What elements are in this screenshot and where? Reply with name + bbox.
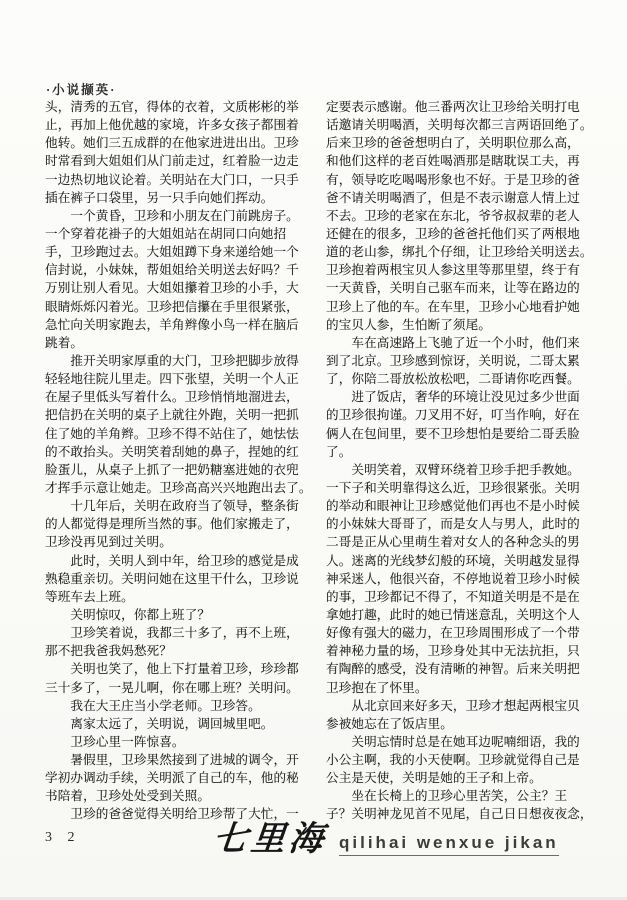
text-line: 暑假里，卫珍果然接到了进城的调令，开 [45,751,312,769]
text-line: 书陪着，卫珍处处受到关照。 [45,787,312,805]
text-line: 卫珍没再见到过关明。 [45,533,312,551]
text-line: 的不敢抬头。关明笑着刮她的鼻子，捏她的红 [45,443,312,461]
text-line: 好像有强大的磁力，在卫珍周围形成了一个带 [326,624,593,642]
text-line: 子？关明神龙见首不见尾，自己日日想夜夜念， [326,805,593,823]
text-line: 还健在的很多，卫珍的爸爸托他们买了两根地 [326,225,593,243]
text-line: 此时，关明人到中年，给卫珍的感觉是成 [45,552,312,570]
text-line: 了。 [326,443,593,461]
journal-logo-romanization: qilihai wenxue jikan [339,834,559,856]
text-line: 的小妹妹大哥哥了，而是女人与男人，此时的 [326,515,593,533]
text-line: 的卫珍很拘谨。刀叉用不好，叮当作响，好在 [326,406,593,424]
text-line: 有，领导吃吃喝喝形象也不好。于是卫珍的爸 [326,171,593,189]
text-line: 插在裤子口袋里，另一只手向她们挥动。 [45,189,312,207]
section-header: ·小说撷英· [46,80,116,98]
text-line: 话邀请关明喝酒，关明每次都三言两语回绝了。 [326,116,593,134]
magazine-page: ·小说撷英· 头，清秀的五官，得体的衣着，文质彬彬的举止，再加上他优越的家境，许… [0,0,627,900]
text-line: 跳着。 [45,334,312,352]
text-line: 了，你陪二哥放松放松吧，二哥请你吃西餐。 [326,370,593,388]
text-line: 推开关明家厚重的大门，卫珍把脚步放得 [45,352,312,370]
text-line: 小公主啊，我的小天使啊。卫珍就觉得自己是 [326,751,593,769]
text-line: 三十多了，一晃儿啊，你在哪上班？关明问。 [45,679,312,697]
text-line: 道的老山参，绑扎个仔细，让卫珍给关明送去。 [326,243,593,261]
text-line: 不去。卫珍的老家在东北，爷爷叔叔辈的老人 [326,207,593,225]
text-line: 在屋子里低头写着什么。卫珍悄悄地溜进去， [45,388,312,406]
text-line: 手，卫珍跑过去。大姐姐蹲下身来递给她一个 [45,243,312,261]
text-line: 的举动和眼神让卫珍感觉他们再也不是小时候 [326,497,593,515]
text-line: 人。迷离的光线梦幻般的环境，关明越发显得 [326,552,593,570]
text-line: 从北京回来好多天，卫珍才想起两根宝贝 [326,697,593,715]
text-line: 卫珍抱在了怀里。 [326,679,593,697]
text-line: 一边热切地议论着。关明站在大门口，一只手 [45,171,312,189]
page-number: 3 2 [45,830,81,846]
text-line: 公主是天使，关明是她的王子和上帝。 [326,769,593,787]
text-line: 卫珍上了他的车。在车里，卫珍小心地看护她 [326,298,593,316]
text-line: 关明也笑了，他上下打量着卫珍，珍珍都 [45,660,312,678]
text-line: 轻轻地往院儿里走。四下张望，关明一个人正 [45,370,312,388]
text-columns: 头，清秀的五官，得体的衣着，文质彬彬的举止，再加上他优越的家境，许多女孩子都围着… [45,98,593,824]
text-line: 离家太远了，关明说，调回城里吧。 [45,715,312,733]
text-line: 住了她的羊角辫。卫珍不得不站住了，她怯怯 [45,425,312,443]
text-line: 那不把我爸我妈愁死？ [45,642,312,660]
text-line: 急忙向关明家跑去，羊角辫像小鸟一样在脑后 [45,316,312,334]
text-line: 把信扔在关明的桌子上就往外跑，关明一把抓 [45,406,312,424]
right-text-column: 定要表示感谢。他三番两次让卫珍给关明打电话邀请关明喝酒，关明每次都三言两语回绝了… [326,98,593,824]
text-line: 熟稳重亲切。关明问她在这里干什么，卫珍说 [45,570,312,588]
left-text-column: 头，清秀的五官，得体的衣着，文质彬彬的举止，再加上他优越的家境，许多女孩子都围着… [45,98,312,824]
text-line: 有陶醉的感受，没有清晰的神智。后来关明把 [326,660,593,678]
text-line: 一天黄昏，关明自己驱车而来，让等在路边的 [326,279,593,297]
text-line: 一个黄昏，卫珍和小朋友在门前跳房子。 [45,207,312,225]
text-line: 神采迷人，他很兴奋，不停地说着卫珍小时候 [326,570,593,588]
text-line: 卫珍笑着说，我都三十多了，再不上班， [45,624,312,642]
text-line: 拿她打趣，此时的她已情迷意乱，关明这个人 [326,606,593,624]
text-line: 参被她忘在了饭店里。 [326,715,593,733]
text-line: 爸不请关明喝酒了，但是不表示谢意人情上过 [326,189,593,207]
text-line: 头，清秀的五官，得体的衣着，文质彬彬的举 [45,98,312,116]
text-line: 定要表示感谢。他三番两次让卫珍给关明打电 [326,98,593,116]
text-line: 一个穿着花褂子的大姐姐站在胡同口向她招 [45,225,312,243]
text-line: 关明笑着，双臂环绕着卫珍手把手教她。 [326,461,593,479]
text-line: 我在大王庄当小学老师。卫珍答。 [45,697,312,715]
text-line: 着神秘力量的场，卫珍身处其中无法抗拒，只 [326,642,593,660]
text-line: 到了北京。卫珍感到惊讶，关明说，二哥太累 [326,352,593,370]
text-line: 的人都觉得是理所当然的事。他们家搬走了， [45,515,312,533]
text-line: 学初办调动手续，关明派了自己的车，他的秘 [45,769,312,787]
text-line: 进了饭店，奢华的环境让没见过多少世面 [326,388,593,406]
text-line: 他转。她们三五成群的在他家进进出出。卫珍 [45,134,312,152]
text-line: 车在高速路上飞驰了近一个小时，他们来 [326,334,593,352]
text-line: 和他们这样的老百姓喝酒那是瞎耽误工夫，再 [326,152,593,170]
text-line: 脸蛋儿，从桌子上抓了一把奶糖塞进她的衣兜 [45,461,312,479]
text-line: 止，再加上他优越的家境，许多女孩子都围着 [45,116,312,134]
text-line: 坐在长椅上的卫珍心里苦笑，公主？王 [326,787,593,805]
page-footer: 3 2 七里海 qilihai wenxue jikan [0,822,627,868]
text-line: 眼睛烁烁闪着光。卫珍把信攥在手里很紧张， [45,298,312,316]
journal-logo: 七里海 qilihai wenxue jikan [213,822,559,856]
journal-logo-calligraphy: 七里海 [211,822,329,856]
text-line: 万别让别人看见。大姐姐攥着卫珍的小手，大 [45,279,312,297]
text-line: 的宝贝人参，生怕断了须尾。 [326,316,593,334]
text-line: 等班车去上班。 [45,588,312,606]
text-line: 才挥手示意让她走。卫珍高高兴兴地跑出去了。 [45,479,312,497]
text-line: 十几年后，关明在政府当了领导，整条街 [45,497,312,515]
text-line: 后来卫珍的爸爸想明白了，关明职位那么高， [326,134,593,152]
text-line: 时常看到大姐姐们从门前走过，红着脸一边走 [45,152,312,170]
text-line: 俩人在包间里，要不卫珍想怕是要给二哥丢脸 [326,425,593,443]
text-line: 的事，卫珍都记不得了，不知道关明是不是在 [326,588,593,606]
text-line: 一下子和关明靠得这么近，卫珍很紧张。关明 [326,479,593,497]
text-line: 卫珍抱着两根宝贝人参这里等那里望，终于有 [326,261,593,279]
text-line: 关明忘情时总是在她耳边呢喃细语，我的 [326,733,593,751]
text-line: 信封说，小妹妹，帮姐姐给关明送去好吗？千 [45,261,312,279]
text-line: 关明惊叹，你都上班了？ [45,606,312,624]
text-line: 二哥是正从心里萌生着对女人的各种念头的男 [326,533,593,551]
text-line: 卫珍心里一阵惊喜。 [45,733,312,751]
